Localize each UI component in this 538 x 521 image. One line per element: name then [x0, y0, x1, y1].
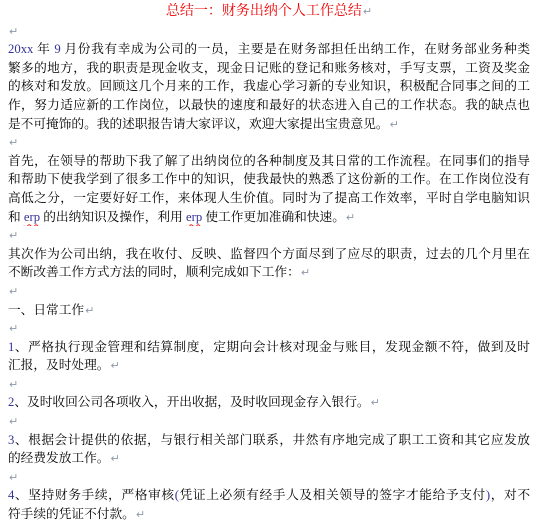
text-segment: 使工作更加准确和快速。 — [202, 210, 345, 224]
text-line: 高低之分，一定要好好工作，来体现人生价值。同时为了提高工作效率，平时自学电脑知识 — [8, 189, 530, 208]
pilcrow-mark: ↵ — [8, 25, 18, 38]
pilcrow-mark: ↵ — [8, 285, 18, 298]
text-segment: 汇报，及时处理。 — [8, 358, 110, 372]
text-line: 符手续的凭证不付款。↵ — [8, 505, 530, 521]
text-line: 20xx 年 9 月份我有幸成为公司的一员，主要是在财务部担任出纳工作，在财务部… — [8, 40, 530, 59]
document-content: 总结一：财务出纳个人工作总结↵↵20xx 年 9 月份我有幸成为公司的一员，主要… — [8, 3, 530, 521]
text-line: 的经费发放工作。↵ — [8, 449, 530, 468]
text-line: 3、根据会计提供的依据，与银行相关部门联系，井然有序地完成了职工工资和其它应发放 — [8, 431, 530, 450]
document-page[interactable]: 总结一：财务出纳个人工作总结↵↵20xx 年 9 月份我有幸成为公司的一员，主要… — [0, 0, 538, 521]
text-segment: 、根据会计提供的依据，与银行相关部门联系，井然有序地完成了职工工资和其它应发放 — [14, 433, 530, 447]
blank-line: ↵ — [8, 282, 530, 301]
blank-line: ↵ — [8, 375, 530, 394]
text-line: 首先，在领导的帮助下我了解了出纳岗位的各种制度及其日常的工作流程。在同事们的指导 — [8, 152, 530, 171]
text-segment: 、严格执行现金管理和结算制度，定期向会计核对现金与账目，发现金额不符，做到及时 — [14, 340, 530, 354]
text-line: 2、及时收回公司各项收入，开出收据，及时收回现金存入银行。↵ — [8, 393, 530, 412]
blank-line: ↵ — [8, 319, 530, 338]
pilcrow-mark: ↵ — [362, 5, 372, 18]
text-line: 汇报，及时处理。↵ — [8, 356, 530, 375]
pilcrow-mark: ↵ — [8, 229, 18, 242]
text-line: 的核对和发放。回顾这几个月来的工作，我虚心学习新的专业知识，积极配合同事之间的工 — [8, 77, 530, 96]
text-segment: 的出纳知识及操作，利用 — [40, 210, 186, 224]
text-segment: 是不可掩饰的。我的述职报告请大家评议，欢迎大家提出宝贵意见。 — [8, 117, 389, 131]
pilcrow-mark: ↵ — [389, 118, 399, 131]
text-line: 繁多的地方，我的职责是现金收支，现金日记账的登记和账务核对，手写支票，工资及奖金 — [8, 59, 530, 78]
text-segment: 高低之分，一定要好好工作，来体现人生价值。同时为了提高工作效率，平时自学电脑知识 — [8, 191, 530, 205]
text-segment: 和 — [8, 210, 24, 224]
text-segment: 总结一：财务出纳个人工作总结 — [166, 4, 362, 19]
pilcrow-mark: ↵ — [370, 396, 380, 409]
text-line: 不断改善工作方式方法的同时，顺利完成如下工作：↵ — [8, 263, 530, 282]
pilcrow-mark: ↵ — [8, 471, 18, 484]
text-segment: 的经费发放工作。 — [8, 451, 110, 465]
blank-line: ↵ — [8, 22, 530, 41]
blank-line: ↵ — [8, 133, 530, 152]
text-segment: 首先，在领导的帮助下我了解了出纳岗位的各种制度及其日常的工作流程。在同事们的指导 — [8, 154, 530, 168]
latin-text: 20xx — [8, 42, 33, 56]
blank-line: ↵ — [8, 412, 530, 431]
text-segment: 、坚持财务手续，严格审核 — [14, 488, 174, 502]
text-line: 和 erp 的出纳知识及操作，利用 erp 使工作更加准确和快速。↵ — [8, 208, 530, 227]
text-line: 4、坚持财务手续，严格审核(凭证上必须有经手人及相关领导的签字才能给予支付)，对… — [8, 486, 530, 505]
text-segment: 繁多的地方，我的职责是现金收支，现金日记账的登记和账务核对，手写支票，工资及奖金 — [8, 61, 530, 75]
document-title: 总结一：财务出纳个人工作总结↵ — [8, 3, 530, 22]
pilcrow-mark: ↵ — [8, 322, 18, 335]
pilcrow-mark: ↵ — [110, 359, 120, 372]
pilcrow-mark: ↵ — [300, 266, 310, 279]
text-segment: 不断改善工作方式方法的同时，顺利完成如下工作： — [8, 265, 300, 279]
text-line: 是不可掩饰的。我的述职报告请大家评议，欢迎大家提出宝贵意见。↵ — [8, 115, 530, 134]
text-segment: 的核对和发放。回顾这几个月来的工作，我虚心学习新的专业知识，积极配合同事之间的工 — [8, 79, 530, 93]
text-line: 1、严格执行现金管理和结算制度，定期向会计核对现金与账目，发现金额不符，做到及时 — [8, 338, 530, 357]
text-segment: 、及时收回公司各项收入，开出收据，及时收回现金存入银行。 — [14, 395, 369, 409]
text-segment: 年 — [33, 42, 54, 56]
blank-line: ↵ — [8, 226, 530, 245]
pilcrow-mark: ↵ — [8, 136, 18, 149]
text-line: 作，努力适应新的工作岗位，以最快的速度和最好的状态进入自己的工作状态。我的缺点也 — [8, 96, 530, 115]
text-segment: 作，努力适应新的工作岗位，以最快的速度和最好的状态进入自己的工作状态。我的缺点也 — [8, 98, 530, 112]
text-line: 和帮助下使我学到了很多工作中的知识，使我最快的熟悉了这份新的工作。在工作岗位没有 — [8, 170, 530, 189]
pilcrow-mark: ↵ — [84, 304, 94, 317]
text-segment: 凭证上必须有经手人及相关领导的签字才能给予支付 — [179, 488, 486, 502]
pilcrow-mark: ↵ — [8, 415, 18, 428]
misspelled-word: erp — [186, 210, 202, 224]
text-segment: 符手续的凭证不付款。 — [8, 507, 135, 521]
misspelled-word: erp — [24, 210, 40, 224]
text-segment: 月份我有幸成为公司的一员，主要是在财务部担任出纳工作，在财务部业务种类 — [61, 42, 530, 56]
blank-line: ↵ — [8, 468, 530, 487]
text-segment: 其次作为公司出纳，我在收付、反映、监督四个方面尽到了应尽的职责，过去的几个月里在 — [8, 247, 530, 261]
pilcrow-mark: ↵ — [8, 378, 18, 391]
text-line: 其次作为公司出纳，我在收付、反映、监督四个方面尽到了应尽的职责，过去的几个月里在 — [8, 245, 530, 264]
pilcrow-mark: ↵ — [135, 508, 145, 521]
text-line: 一、日常工作↵ — [8, 301, 530, 320]
text-segment: 和帮助下使我学到了很多工作中的知识，使我最快的熟悉了这份新的工作。在工作岗位没有 — [8, 172, 530, 186]
text-segment: 一、日常工作 — [8, 303, 84, 317]
pilcrow-mark: ↵ — [345, 211, 355, 224]
pilcrow-mark: ↵ — [110, 452, 120, 465]
text-segment: ，对不 — [490, 488, 530, 502]
